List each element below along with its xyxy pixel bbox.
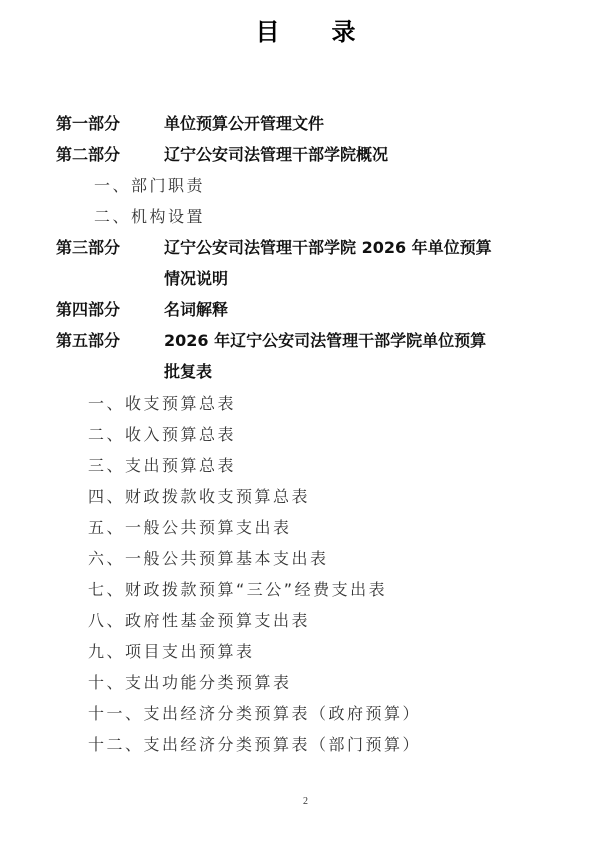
toc-table-item[interactable]: 七、财政拨款预算“三公”经费支出表 — [88, 580, 387, 600]
toc-table-item[interactable]: 五、一般公共预算支出表 — [88, 518, 292, 538]
toc-part-label: 第四部分 — [56, 300, 120, 320]
toc-table-item[interactable]: 八、政府性基金预算支出表 — [88, 611, 310, 631]
toc-part-title-cont: 情况说明 — [164, 269, 228, 289]
title-char-2: 录 — [332, 12, 356, 47]
title-char-1: 目 — [256, 12, 280, 47]
toc-table-item[interactable]: 一、收支预算总表 — [88, 394, 236, 414]
toc-table-item[interactable]: 十二、支出经济分类预算表（部门预算） — [88, 735, 421, 755]
toc-table-item[interactable]: 九、项目支出预算表 — [88, 642, 255, 662]
toc-subitem[interactable]: 一、部门职责 — [94, 176, 205, 196]
toc-part-title: 2026 年辽宁公安司法管理干部学院单位预算 — [164, 331, 486, 351]
toc-table-item[interactable]: 四、财政拨款收支预算总表 — [88, 487, 310, 507]
toc-table-item[interactable]: 三、支出预算总表 — [88, 456, 236, 476]
toc-part-title: 名词解释 — [164, 300, 228, 320]
toc-part-label: 第二部分 — [56, 145, 120, 165]
document-page: 目录 第一部分 单位预算公开管理文件 第二部分 辽宁公安司法管理干部学院概况 一… — [0, 0, 611, 852]
page-title: 目录 — [0, 12, 611, 47]
toc-table-item[interactable]: 十、支出功能分类预算表 — [88, 673, 292, 693]
toc-part-label: 第五部分 — [56, 331, 120, 351]
page-number: 2 — [0, 796, 611, 807]
toc-part-title-cont: 批复表 — [164, 362, 212, 382]
toc-part-title: 单位预算公开管理文件 — [164, 114, 324, 134]
toc-table-item[interactable]: 二、收入预算总表 — [88, 425, 236, 445]
toc-table-item[interactable]: 六、一般公共预算基本支出表 — [88, 549, 329, 569]
toc-table-item[interactable]: 十一、支出经济分类预算表（政府预算） — [88, 704, 421, 724]
toc-subitem[interactable]: 二、机构设置 — [94, 207, 205, 227]
toc-part-label: 第一部分 — [56, 114, 120, 134]
toc-part-title: 辽宁公安司法管理干部学院 2026 年单位预算 — [164, 238, 492, 258]
toc-part-label: 第三部分 — [56, 238, 120, 258]
toc-part-title: 辽宁公安司法管理干部学院概况 — [164, 145, 388, 165]
